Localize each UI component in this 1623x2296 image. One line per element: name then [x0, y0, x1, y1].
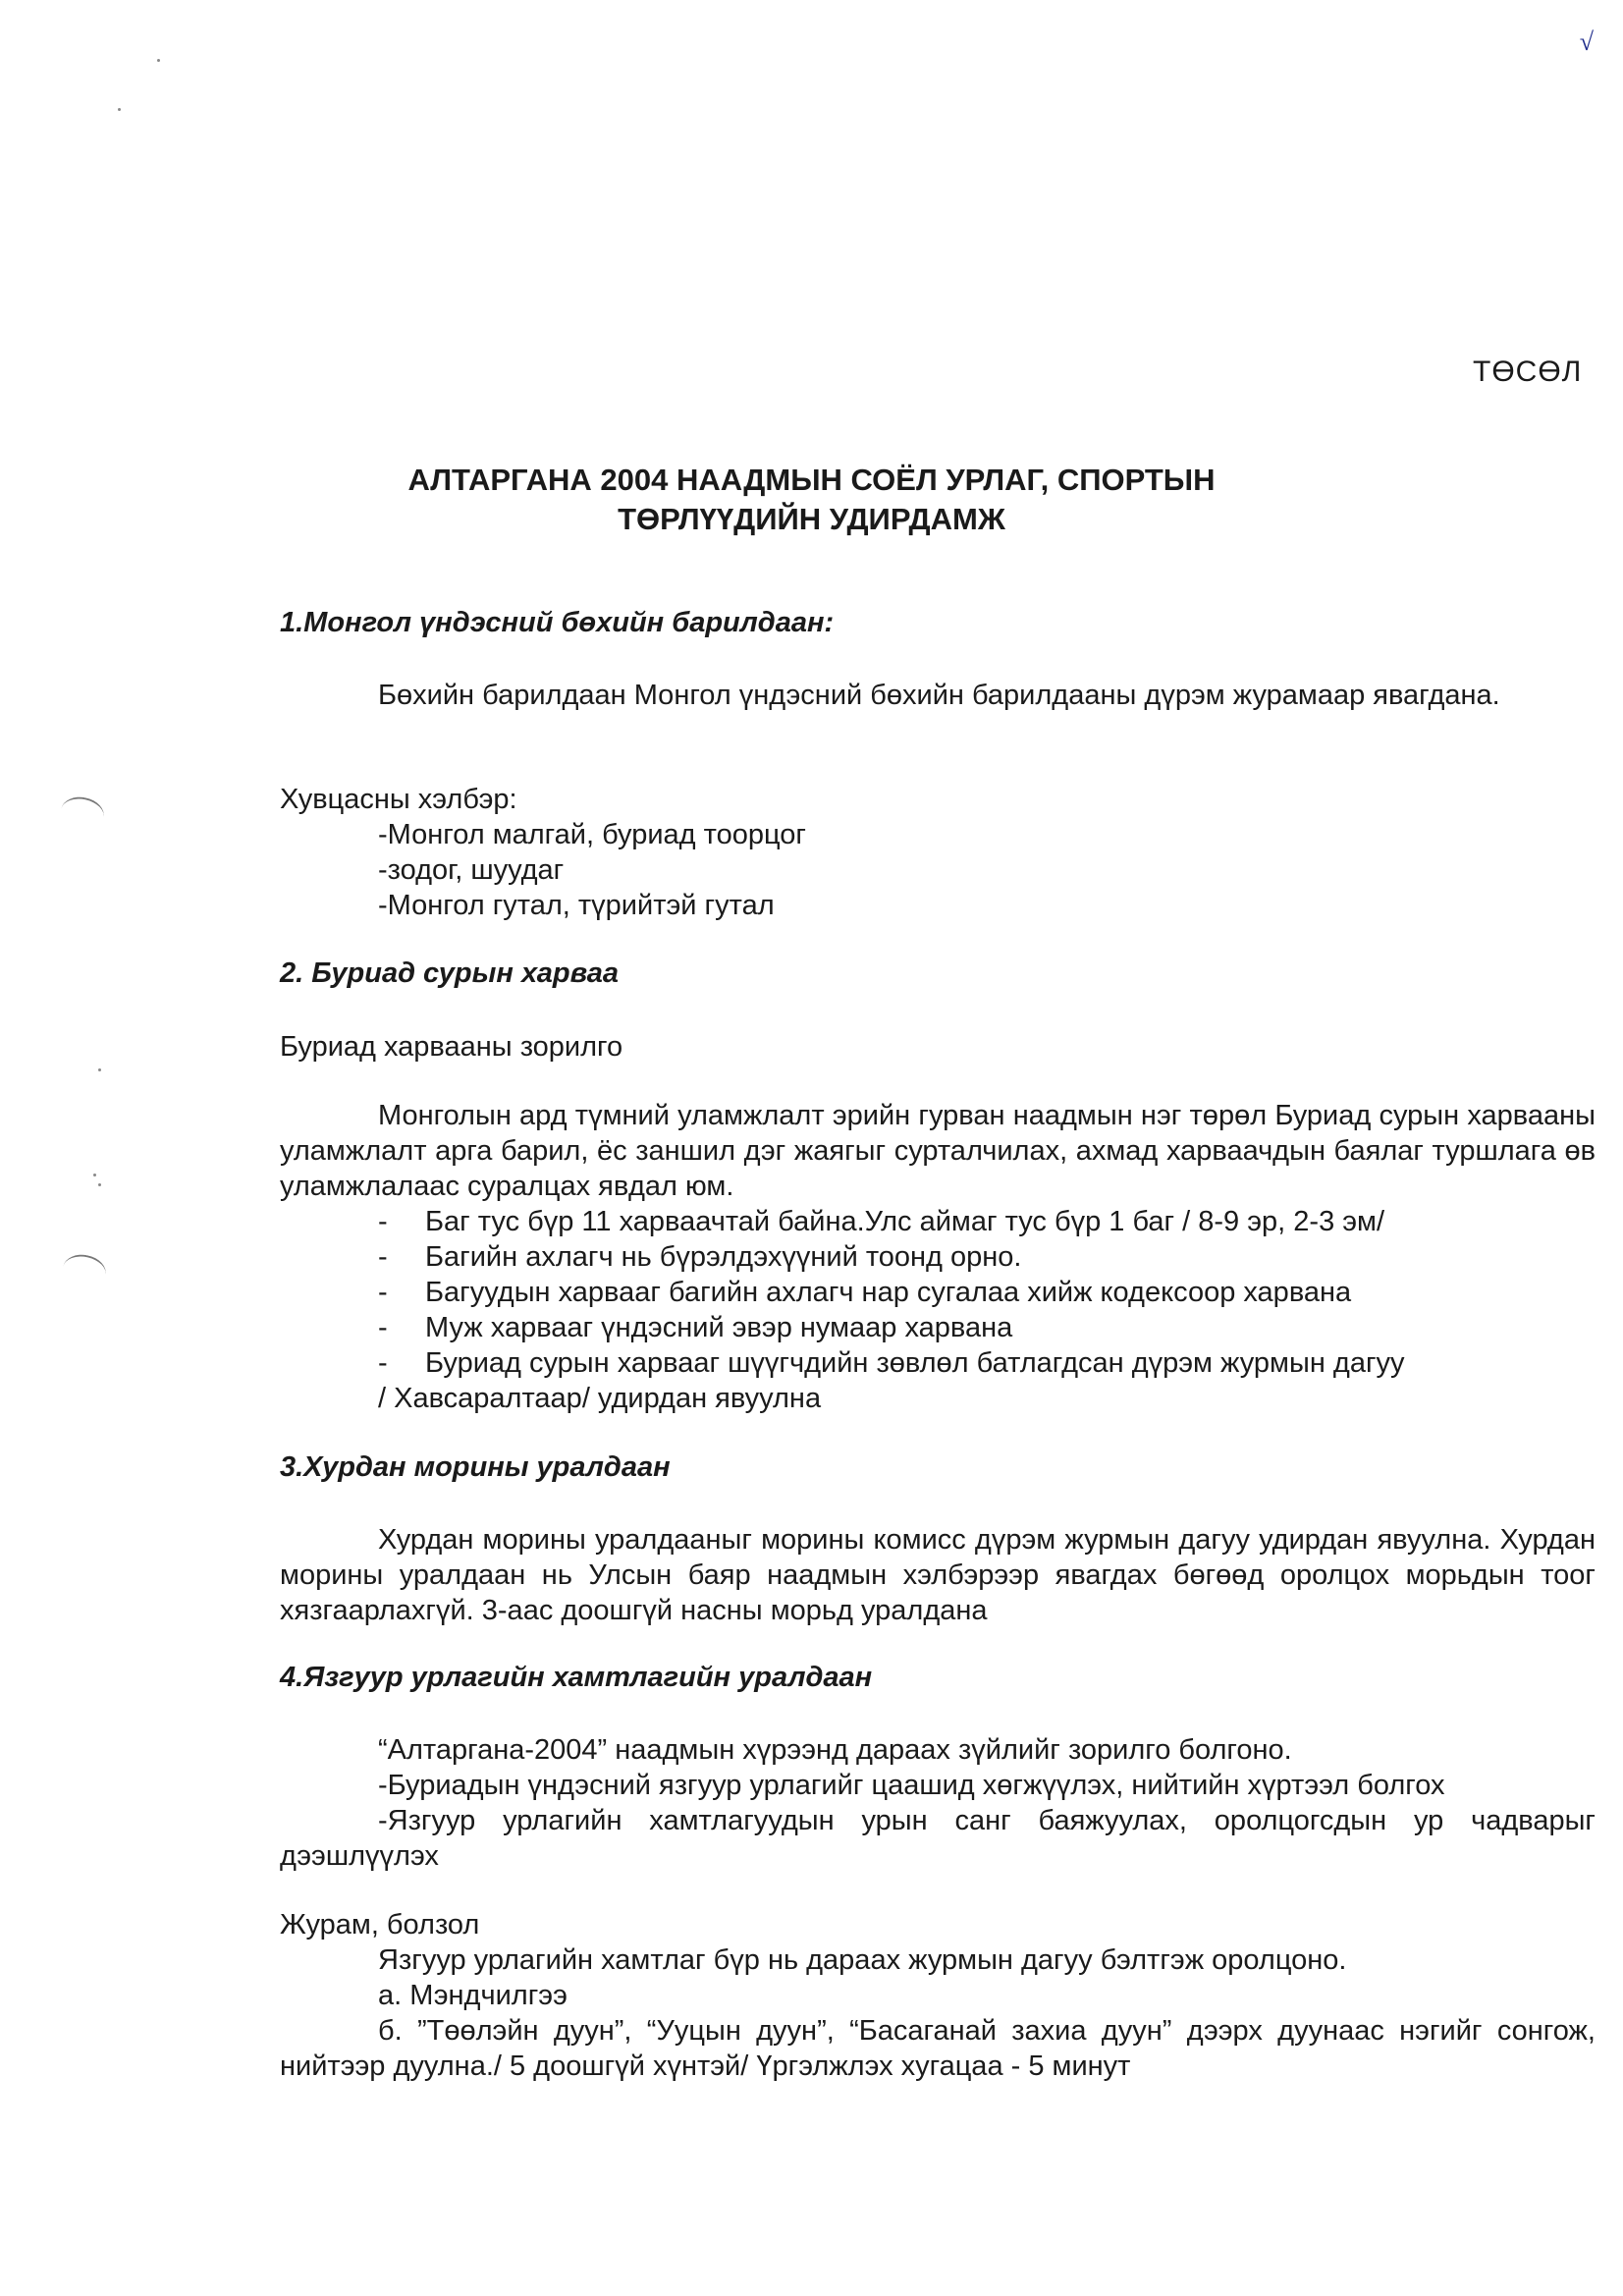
bullet-item: -Муж харвааг үндэсний эвэр нумаар харван…	[378, 1310, 1012, 1345]
punch-hole-mark	[58, 793, 107, 833]
document-title-line1: АЛТАРГАНА 2004 НААДМЫН СОЁЛ УРЛАГ, СПОРТ…	[0, 462, 1623, 499]
bullet-item: -Багуудын харвааг багийн ахлагч нар суга…	[378, 1275, 1351, 1310]
clothing-item: -Монгол гутал, түрийтэй гутал	[378, 888, 775, 923]
clothing-item: -Монгол малгай, буриад тоорцог	[378, 817, 806, 852]
section-1-heading: 1.Монгол үндэсний бөхийн барилдаан:	[280, 607, 834, 639]
clothing-label: Хувцасны хэлбэр:	[280, 782, 517, 817]
scan-speck	[157, 59, 160, 62]
section-1-paragraph: Бөхийн барилдаан Монгол үндэсний бөхийн …	[280, 678, 1596, 713]
rules-label: Журам, болзол	[280, 1907, 479, 1942]
rule-item: а. Мэндчилгээ	[378, 1978, 568, 2013]
bullet-item: -Багийн ахлагч нь бүрэлдэхүүний тоонд ор…	[378, 1239, 1022, 1275]
section-2-paragraph: Монголын ард түмний уламжлалт эрийн гурв…	[280, 1098, 1596, 1204]
scan-speck	[118, 108, 121, 111]
check-mark-icon: √	[1580, 27, 1594, 57]
document-title-line2: ТӨРЛҮҮДИЙН УДИРДАМЖ	[0, 501, 1623, 538]
section-3-paragraph: Хурдан морины уралдааныг морины комисс д…	[280, 1522, 1596, 1628]
section-4-goal: -Язгуур урлагийн хамтлагуудын урын санг …	[280, 1803, 1596, 1874]
section-3-heading: 3.Хурдан морины уралдаан	[280, 1451, 671, 1484]
scan-speck	[98, 1068, 101, 1071]
section-2-subheading: Буриад харвааны зорилго	[280, 1029, 622, 1065]
section-2-heading: 2. Буриад сурын харваа	[280, 957, 619, 990]
punch-hole-mark	[60, 1251, 109, 1290]
scan-speck	[98, 1183, 101, 1186]
rule-item: б. ”Төөлэйн дуун”, “Ууцын дуун”, “Басага…	[280, 2013, 1596, 2084]
bullet-item: -Буриад сурын харвааг шүүгчдийн зөвлөл б…	[378, 1345, 1405, 1381]
document-page: √ ТӨСӨЛ АЛТАРГАНА 2004 НААДМЫН СОЁЛ УРЛА…	[0, 0, 1623, 2296]
rules-intro: Язгуур урлагийн хамтлаг бүр нь дараах жу…	[378, 1942, 1346, 1978]
section-4-goal: -Буриадын үндэсний язгуур урлагийг цааши…	[378, 1768, 1445, 1803]
scan-speck	[93, 1174, 96, 1176]
draft-label: ТӨСӨЛ	[1473, 355, 1582, 389]
section-4-intro: “Алтаргана-2004” наадмын хүрээнд дараах …	[378, 1732, 1292, 1768]
section-4-heading: 4.Язгуур урлагийн хамтлагийн уралдаан	[280, 1662, 872, 1694]
bullet-continuation: / Хавсаралтаар/ удирдан явуулна	[378, 1381, 821, 1416]
clothing-item: -зодог, шуудаг	[378, 852, 564, 888]
bullet-item: -Баг тус бүр 11 харваачтай байна.Улс айм…	[378, 1204, 1384, 1239]
